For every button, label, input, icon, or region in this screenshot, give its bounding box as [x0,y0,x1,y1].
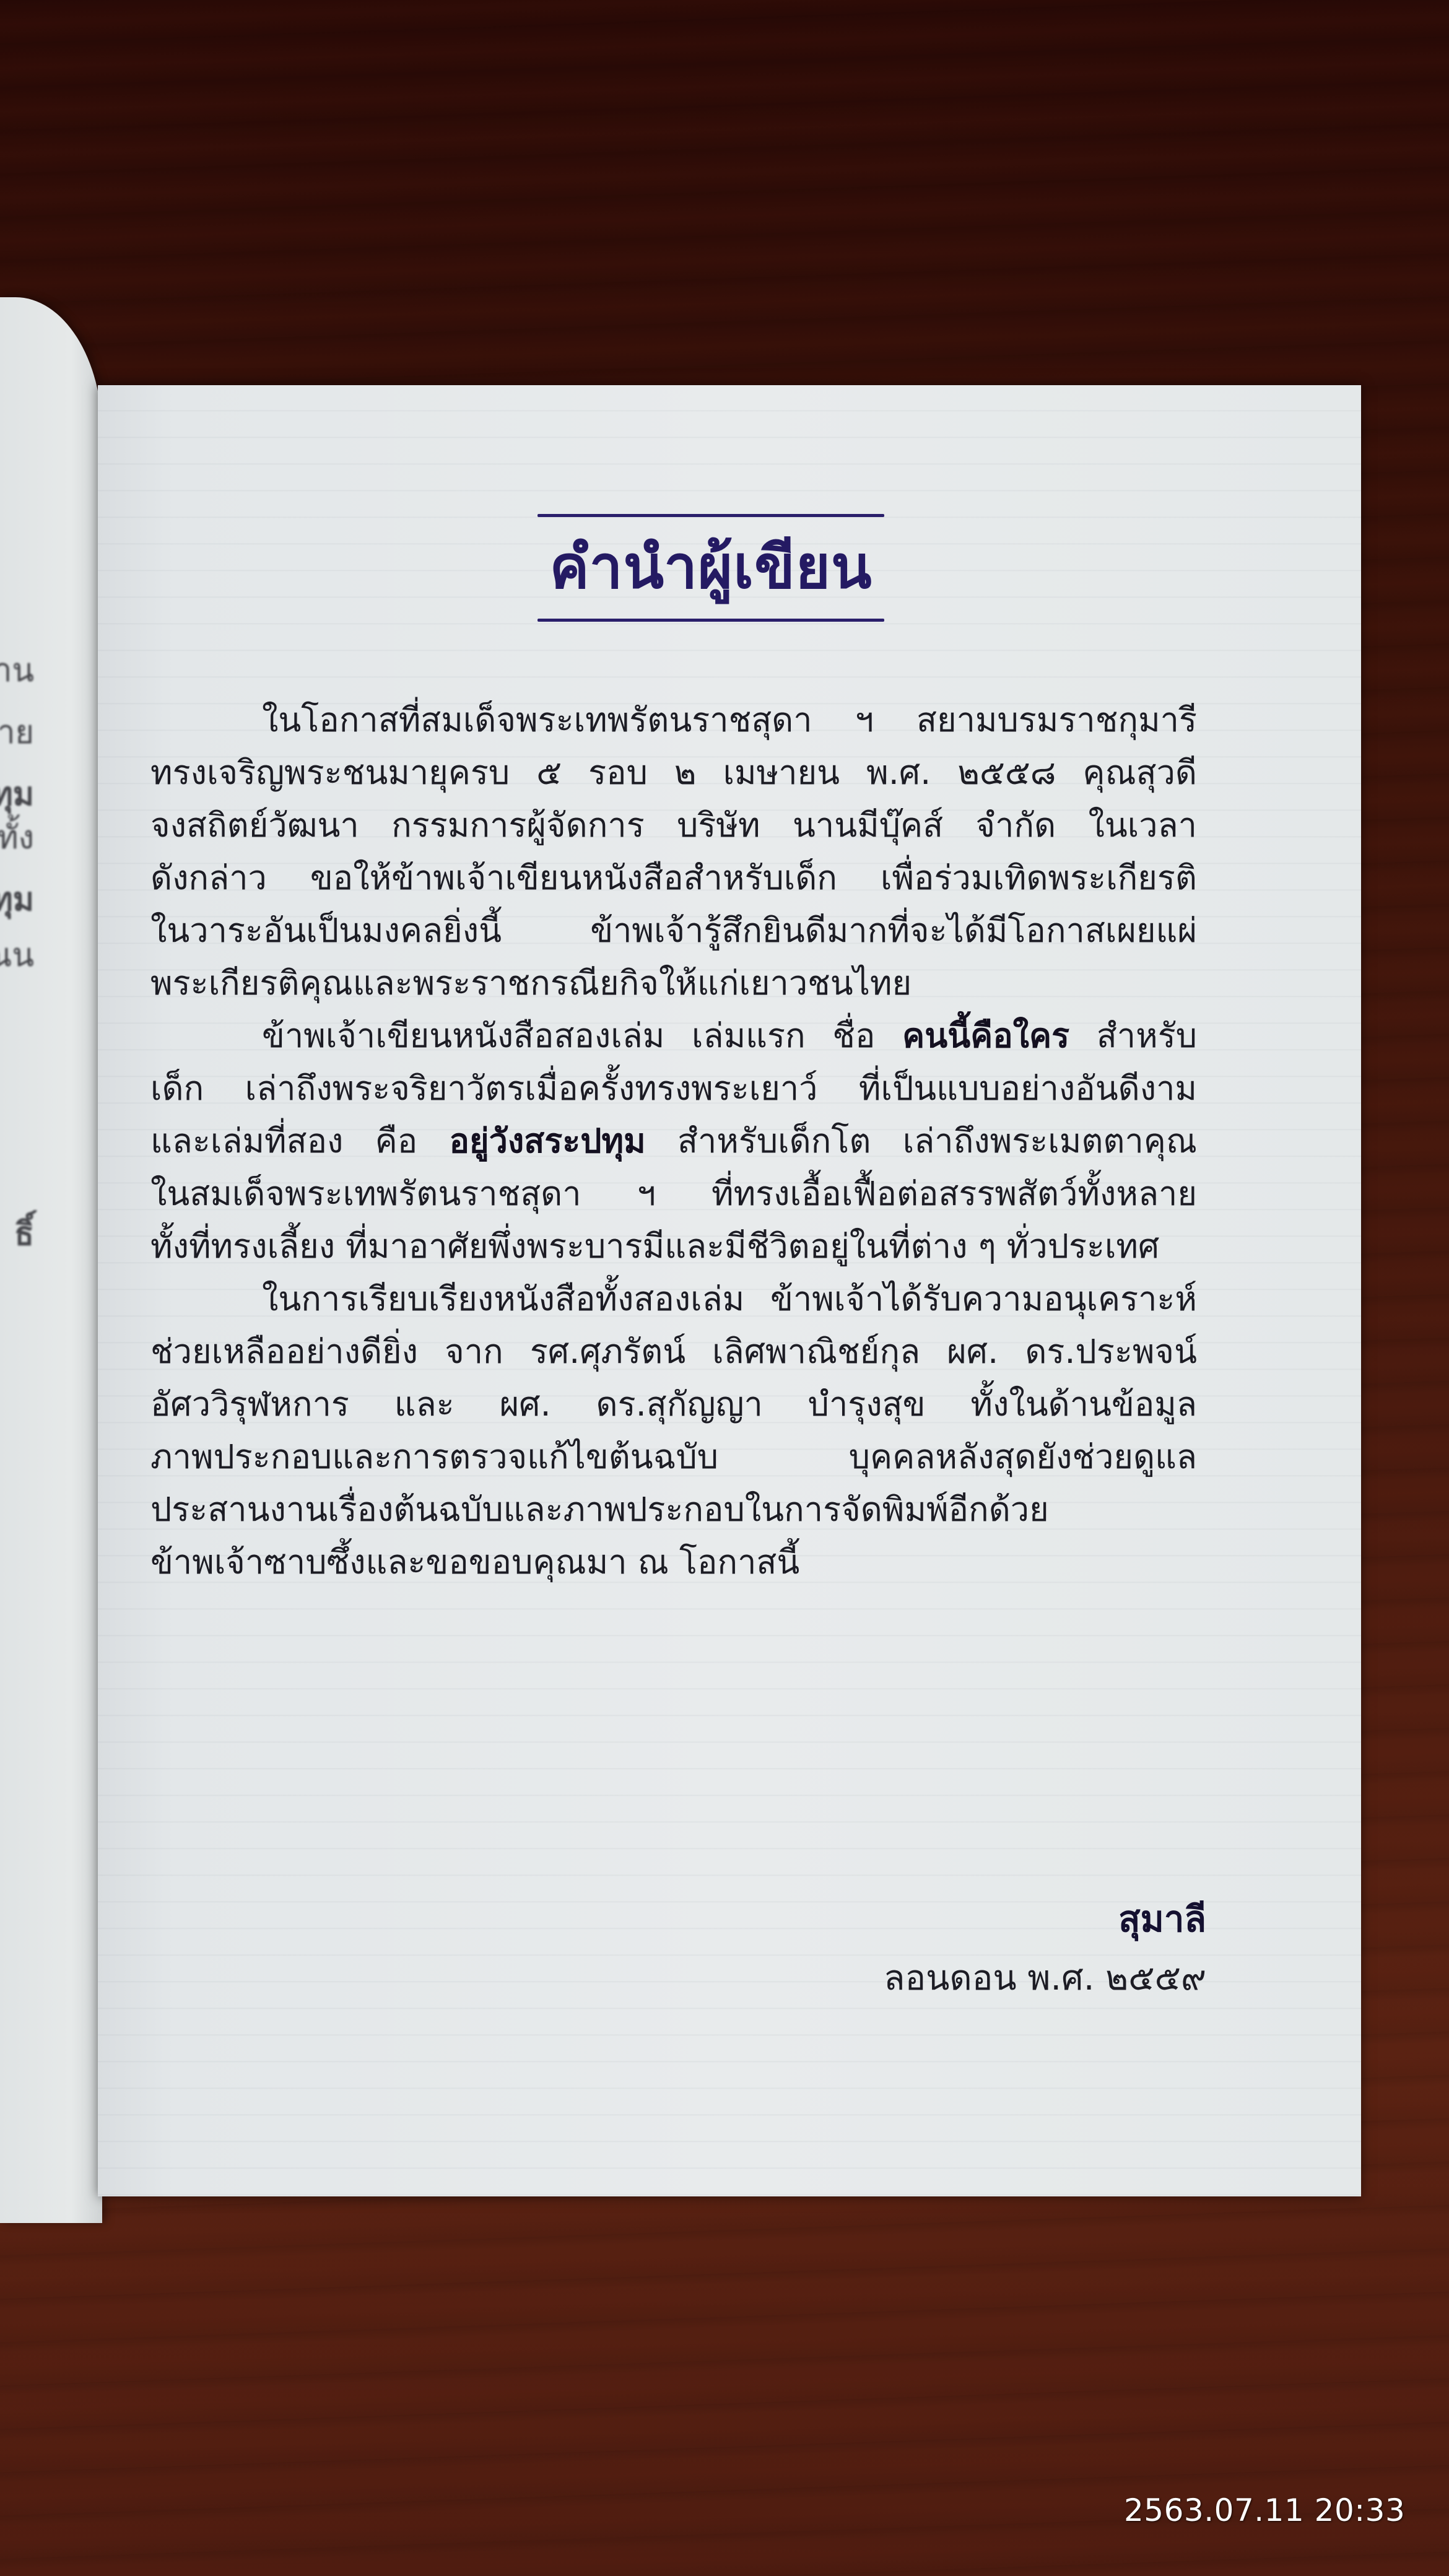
text-line: ดังกล่าว ขอให้ข้าพเจ้าเขียนหนังสือสำหรับ… [150,851,1197,904]
text-line: ในสมเด็จพระเทพรัตนราชสุดา ฯ ที่ทรงเอื้อเ… [150,1167,1197,1220]
text-line: ข้าพเจ้าซาบซึ้งและขอขอบคุณมา ณ โอกาสนี้ [150,1536,1197,1588]
text-line: ในโอกาสที่สมเด็จพระเทพรัตนราชสุดา ฯ สยาม… [150,694,1197,746]
text-line: ช่วยเหลืออย่างดียิ่ง จาก รศ.ศุภรัตน์ เลิ… [150,1325,1197,1378]
book-page: คำนำผู้เขียน ในโอกาสที่สมเด็จพระเทพรัตนร… [98,385,1361,2196]
text-line: ทั้งที่ทรงเลี้ยง ที่มาอาศัยพึ่งพระบารมีแ… [150,1220,1197,1273]
photo-timestamp: 2563.07.11 20:33 [1124,2492,1405,2528]
page-title: คำนำผู้เขียน [537,521,884,614]
text-run: และเล่มที่สอง คือ [150,1121,450,1160]
title-bottom-rule [537,619,884,622]
left-page-text-fragment: ทั้ง [0,811,34,863]
left-page-text-fragment: ณน [0,929,34,980]
text-run: สำหรับเด็กโต เล่าถึงพระเมตตาคุณ [646,1121,1197,1160]
preface-body: ในโอกาสที่สมเด็จพระเทพรัตนราชสุดา ฯ สยาม… [150,694,1197,1588]
text-line: เด็ก เล่าถึงพระจริยาวัตรเมื่อครั้งทรงพระ… [150,1062,1197,1115]
text-line: ประสานงานเรื่องต้นฉบับและภาพประกอบในการจ… [150,1483,1197,1536]
text-line: ภาพประกอบและการตรวจแก้ไขต้นฉบับ บุคคลหลั… [150,1430,1197,1483]
text-line: ข้าพเจ้าเขียนหนังสือสองเล่ม เล่มแรก ชื่อ… [150,1009,1197,1062]
text-run: สำหรับ [1069,1016,1197,1055]
text-line: อัศววิรุฬหการ และ ผศ. ดร.สุกัญญา บำรุงสุ… [150,1378,1197,1430]
text-line: ทรงเจริญพระชนมายุครบ ๕ รอบ ๒ เมษายน พ.ศ.… [150,746,1197,799]
left-page-text-fragment: หาย [0,706,34,757]
left-page-text-fragment: งาน [0,644,34,695]
title-top-rule [537,514,884,517]
text-run: ข้าพเจ้าเขียนหนังสือสองเล่ม เล่มแรก ชื่อ [262,1016,902,1055]
text-line: ในการเรียบเรียงหนังสือทั้งสองเล่ม ข้าพเจ… [150,1273,1197,1325]
left-page-text-fragment: ธิ์ [14,1207,34,1259]
text-line: และเล่มที่สอง คือ อยู่วังสระปทุม สำหรับเ… [150,1115,1197,1167]
signature-block: สุมาลี ลอนดอน พ.ศ. ๒๕๕๙ [884,1890,1206,2008]
left-page-edge: งาน หาย ทุม ทั้ง ทุม ณน ธิ์ [0,297,102,2223]
title-block: คำนำผู้เขียน [537,514,884,622]
book-title-2: อยู่วังสระปทุม [450,1121,646,1160]
author-name: สุมาลี [884,1890,1206,1949]
left-page-text-fragment: ทุม [0,873,34,925]
book-title-1: คนนี้คือใคร [902,1016,1069,1055]
text-line: จงสถิตย์วัฒนา กรรมการผู้จัดการ บริษัท นา… [150,799,1197,851]
text-line: พระเกียรติคุณและพระราชกรณียกิจให้แก่เยาว… [150,957,1197,1009]
text-line: ในวาระอันเป็นมงคลยิ่งนี้ ข้าพเจ้ารู้สึกย… [150,904,1197,957]
place-and-date: ลอนดอน พ.ศ. ๒๕๕๙ [884,1949,1206,2008]
